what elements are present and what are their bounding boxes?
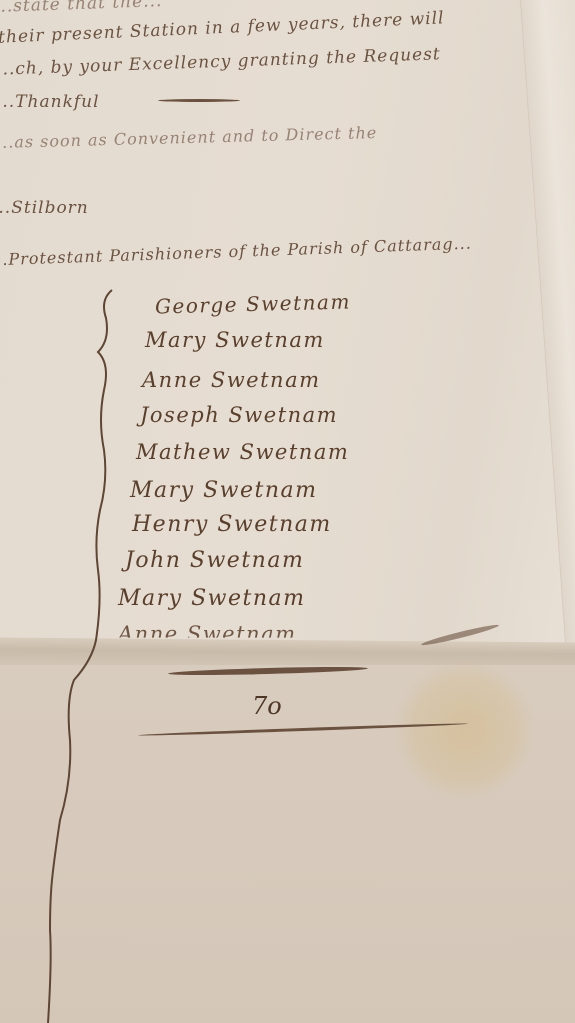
list-item: George Swetnam	[155, 289, 351, 318]
list-item: Mathew Swetnam	[136, 440, 349, 464]
list-item: Joseph Swetnam	[140, 403, 338, 427]
list-item: John Swetnam	[125, 548, 304, 573]
list-item: Henry Swetnam	[132, 512, 332, 537]
list-item: Anne Swetnam	[142, 368, 321, 392]
list-item: Mary Swetnam	[118, 586, 306, 611]
page-number: 7o	[252, 692, 282, 720]
list-item: Mary Swetnam	[130, 478, 318, 503]
list-item: Mary Swetnam	[145, 328, 325, 352]
